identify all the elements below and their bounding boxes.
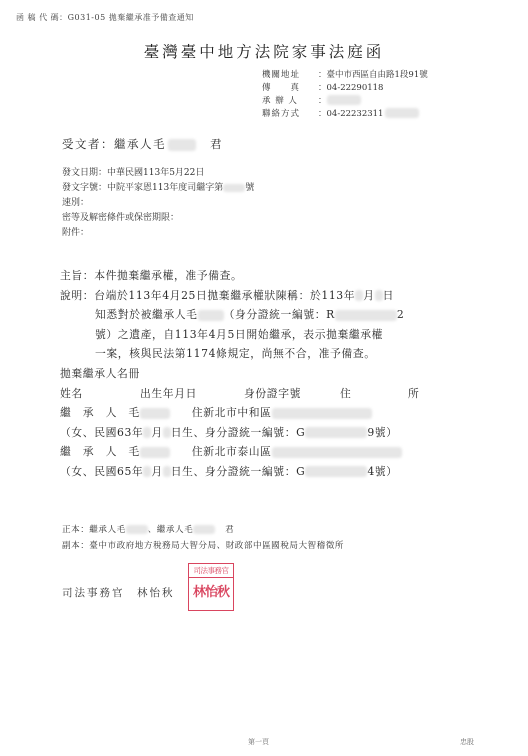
recipient-name: 繼承人毛 (114, 137, 166, 151)
phone-label: 聯絡方式 (262, 108, 318, 121)
body-section: 主旨：本件拋棄繼承權，准予備查。 說明：台端於113年4月25日拋棄繼承權狀陳稱… (60, 266, 404, 364)
header-address-a: 住 (340, 384, 408, 404)
heir-role: 繼 承 人 (60, 445, 117, 458)
subject-text: 本件拋棄繼承權，准予備查。 (94, 269, 242, 282)
copy-label: 副本： (62, 541, 89, 551)
address-label: 機關地址 (262, 69, 318, 82)
original-suffix: 君 (225, 525, 234, 535)
speed-label: 速別： (62, 196, 254, 211)
contact-block: 機關地址：臺中市西區自由路1段91號 傳 真：04-22290118 承 辦 人… (262, 69, 428, 121)
redacted (126, 525, 148, 534)
roster-header: 姓名出生年月日身份證字號住所 (60, 384, 419, 404)
seal-title: 司法事務官 (189, 564, 233, 578)
redacted-heir-address (272, 408, 372, 419)
heir-name: 毛 (128, 406, 139, 419)
redacted-extension (385, 108, 419, 118)
phone-value: 04-22232311 (327, 108, 384, 121)
official-seal: 司法事務官 林怡秋 (188, 563, 234, 611)
handler-label: 承 辦 人 (262, 95, 318, 108)
signer-name: 林怡秋 (137, 587, 175, 599)
redacted-heir-name (140, 447, 170, 458)
fax-label: 傳 真 (262, 82, 318, 95)
roster-title: 拋棄繼承人名冊 (60, 364, 419, 384)
doc-no-label: 發文字號： (62, 183, 107, 193)
heir-role: 繼 承 人 (60, 406, 117, 419)
fax-value: 04-22290118 (327, 82, 384, 95)
meta-block: 發文日期：中華民國113年5月22日 發文字號：中院平家恩113年度司繼字第號 … (62, 166, 254, 241)
heir-address: 住新北市泰山區 (192, 445, 272, 458)
redacted-heir-id (305, 427, 367, 438)
redacted-heir-name (140, 408, 170, 419)
heir-detail-b: 月 (151, 465, 162, 478)
explain-line-4: 一案，核與民法第1174條規定，尚無不合，准予備查。 (60, 344, 404, 364)
day-char: 日 (383, 289, 394, 302)
heir-detail-b: 月 (151, 426, 162, 439)
form-code-value: G031-05 拋棄繼承准予備查通知 (68, 13, 194, 22)
redacted-handler (327, 95, 361, 105)
header-address-b: 所 (408, 384, 419, 404)
copy-recipients: 臺中市政府地方稅務局大智分局、財政部中區國稅局大智稽徵所 (89, 541, 344, 551)
heir-detail-d: 4號） (367, 465, 397, 478)
explain-line-3: 號）之遺產，自113年4月5日開始繼承，表示拋棄繼承權 (60, 325, 404, 345)
form-code-label: 函 稿 代 碼： (16, 13, 68, 22)
redacted-day (375, 290, 383, 301)
header-id: 身份證字號 (244, 384, 340, 404)
redacted (193, 525, 215, 534)
explain-label: 說明： (60, 289, 94, 302)
heir-name: 毛 (128, 445, 139, 458)
heir-detail-c: 日生、身分證統一編號：G (171, 465, 306, 478)
heir-roster: 拋棄繼承人名冊 姓名出生年月日身份證字號住所 繼 承 人 毛住新北市中和區 （女… (60, 364, 419, 481)
heir-detail-a: （女、民國65年 (60, 465, 143, 478)
document-title: 臺灣臺中地方法院家事法庭函 (0, 40, 528, 62)
explain-line-2: 知悉對於被繼承人毛 (95, 308, 198, 321)
heir-address: 住新北市中和區 (192, 406, 272, 419)
attachment-label: 附件： (62, 226, 254, 241)
secrecy-label: 密等及解密條件或保密期限： (62, 211, 254, 226)
month-char: 月 (363, 289, 374, 302)
page-number: 第一頁 (248, 737, 269, 747)
redacted-heir-id (305, 466, 367, 477)
signer-title: 司法事務官 (62, 587, 125, 599)
redacted (163, 427, 171, 438)
form-code: 函 稿 代 碼：G031-05 拋棄繼承准予備查通知 (16, 12, 194, 23)
subject-label: 主旨： (60, 269, 94, 282)
division-label: 忠股 (460, 737, 474, 747)
heir-detail: （女、民國65年月日生、身分證統一編號：G4號） (60, 462, 419, 482)
redacted-decedent-id (335, 310, 397, 321)
address-value: 臺中市西區自由路1段91號 (327, 69, 428, 82)
redacted-decedent-name (198, 310, 224, 321)
heir-detail-c: 日生、身分證統一編號：G (171, 426, 306, 439)
explain-line-1: 台端於113年4月25日拋棄繼承權狀陳稱：於113年 (94, 289, 355, 302)
redacted-heir-address (272, 447, 402, 458)
redacted (143, 466, 151, 477)
redacted (163, 466, 171, 477)
copies-block: 正本：繼承人毛、繼承人毛君 副本：臺中市政府地方稅務局大智分局、財政部中區國稅局… (62, 522, 344, 554)
recipient-suffix: 君 (210, 137, 223, 151)
redacted-name (168, 139, 196, 151)
date-value: 中華民國113年5月22日 (107, 168, 204, 178)
heir-row: 繼 承 人 毛住新北市泰山區 (60, 442, 419, 462)
original-recipient-2: 、繼承人毛 (148, 525, 193, 535)
header-name: 姓名 (60, 384, 140, 404)
doc-no-value: 中院平家恩113年度司繼字第 (107, 183, 223, 193)
doc-no-suffix: 號 (245, 183, 254, 193)
heir-row: 繼 承 人 毛住新北市中和區 (60, 403, 419, 423)
date-label: 發文日期： (62, 168, 107, 178)
original-label: 正本： (62, 525, 89, 535)
heir-detail-a: （女、民國63年 (60, 426, 143, 439)
recipient-label: 受文者： (62, 137, 114, 151)
signer-line: 司法事務官 林怡秋 (62, 585, 175, 600)
redacted-doc-no (223, 184, 245, 192)
header-birth: 出生年月日 (140, 384, 244, 404)
original-recipient-1: 繼承人毛 (89, 525, 125, 535)
heir-detail: （女、民國63年月日生、身分證統一編號：G9號） (60, 423, 419, 443)
seal-name: 林怡秋 (189, 578, 233, 607)
id-tail: 2 (397, 308, 404, 321)
id-label: （身分證統一編號：R (224, 308, 335, 321)
recipient-line: 受文者：繼承人毛君 (62, 136, 223, 152)
heir-detail-d: 9號） (367, 426, 397, 439)
redacted (143, 427, 151, 438)
redacted-month (355, 290, 363, 301)
